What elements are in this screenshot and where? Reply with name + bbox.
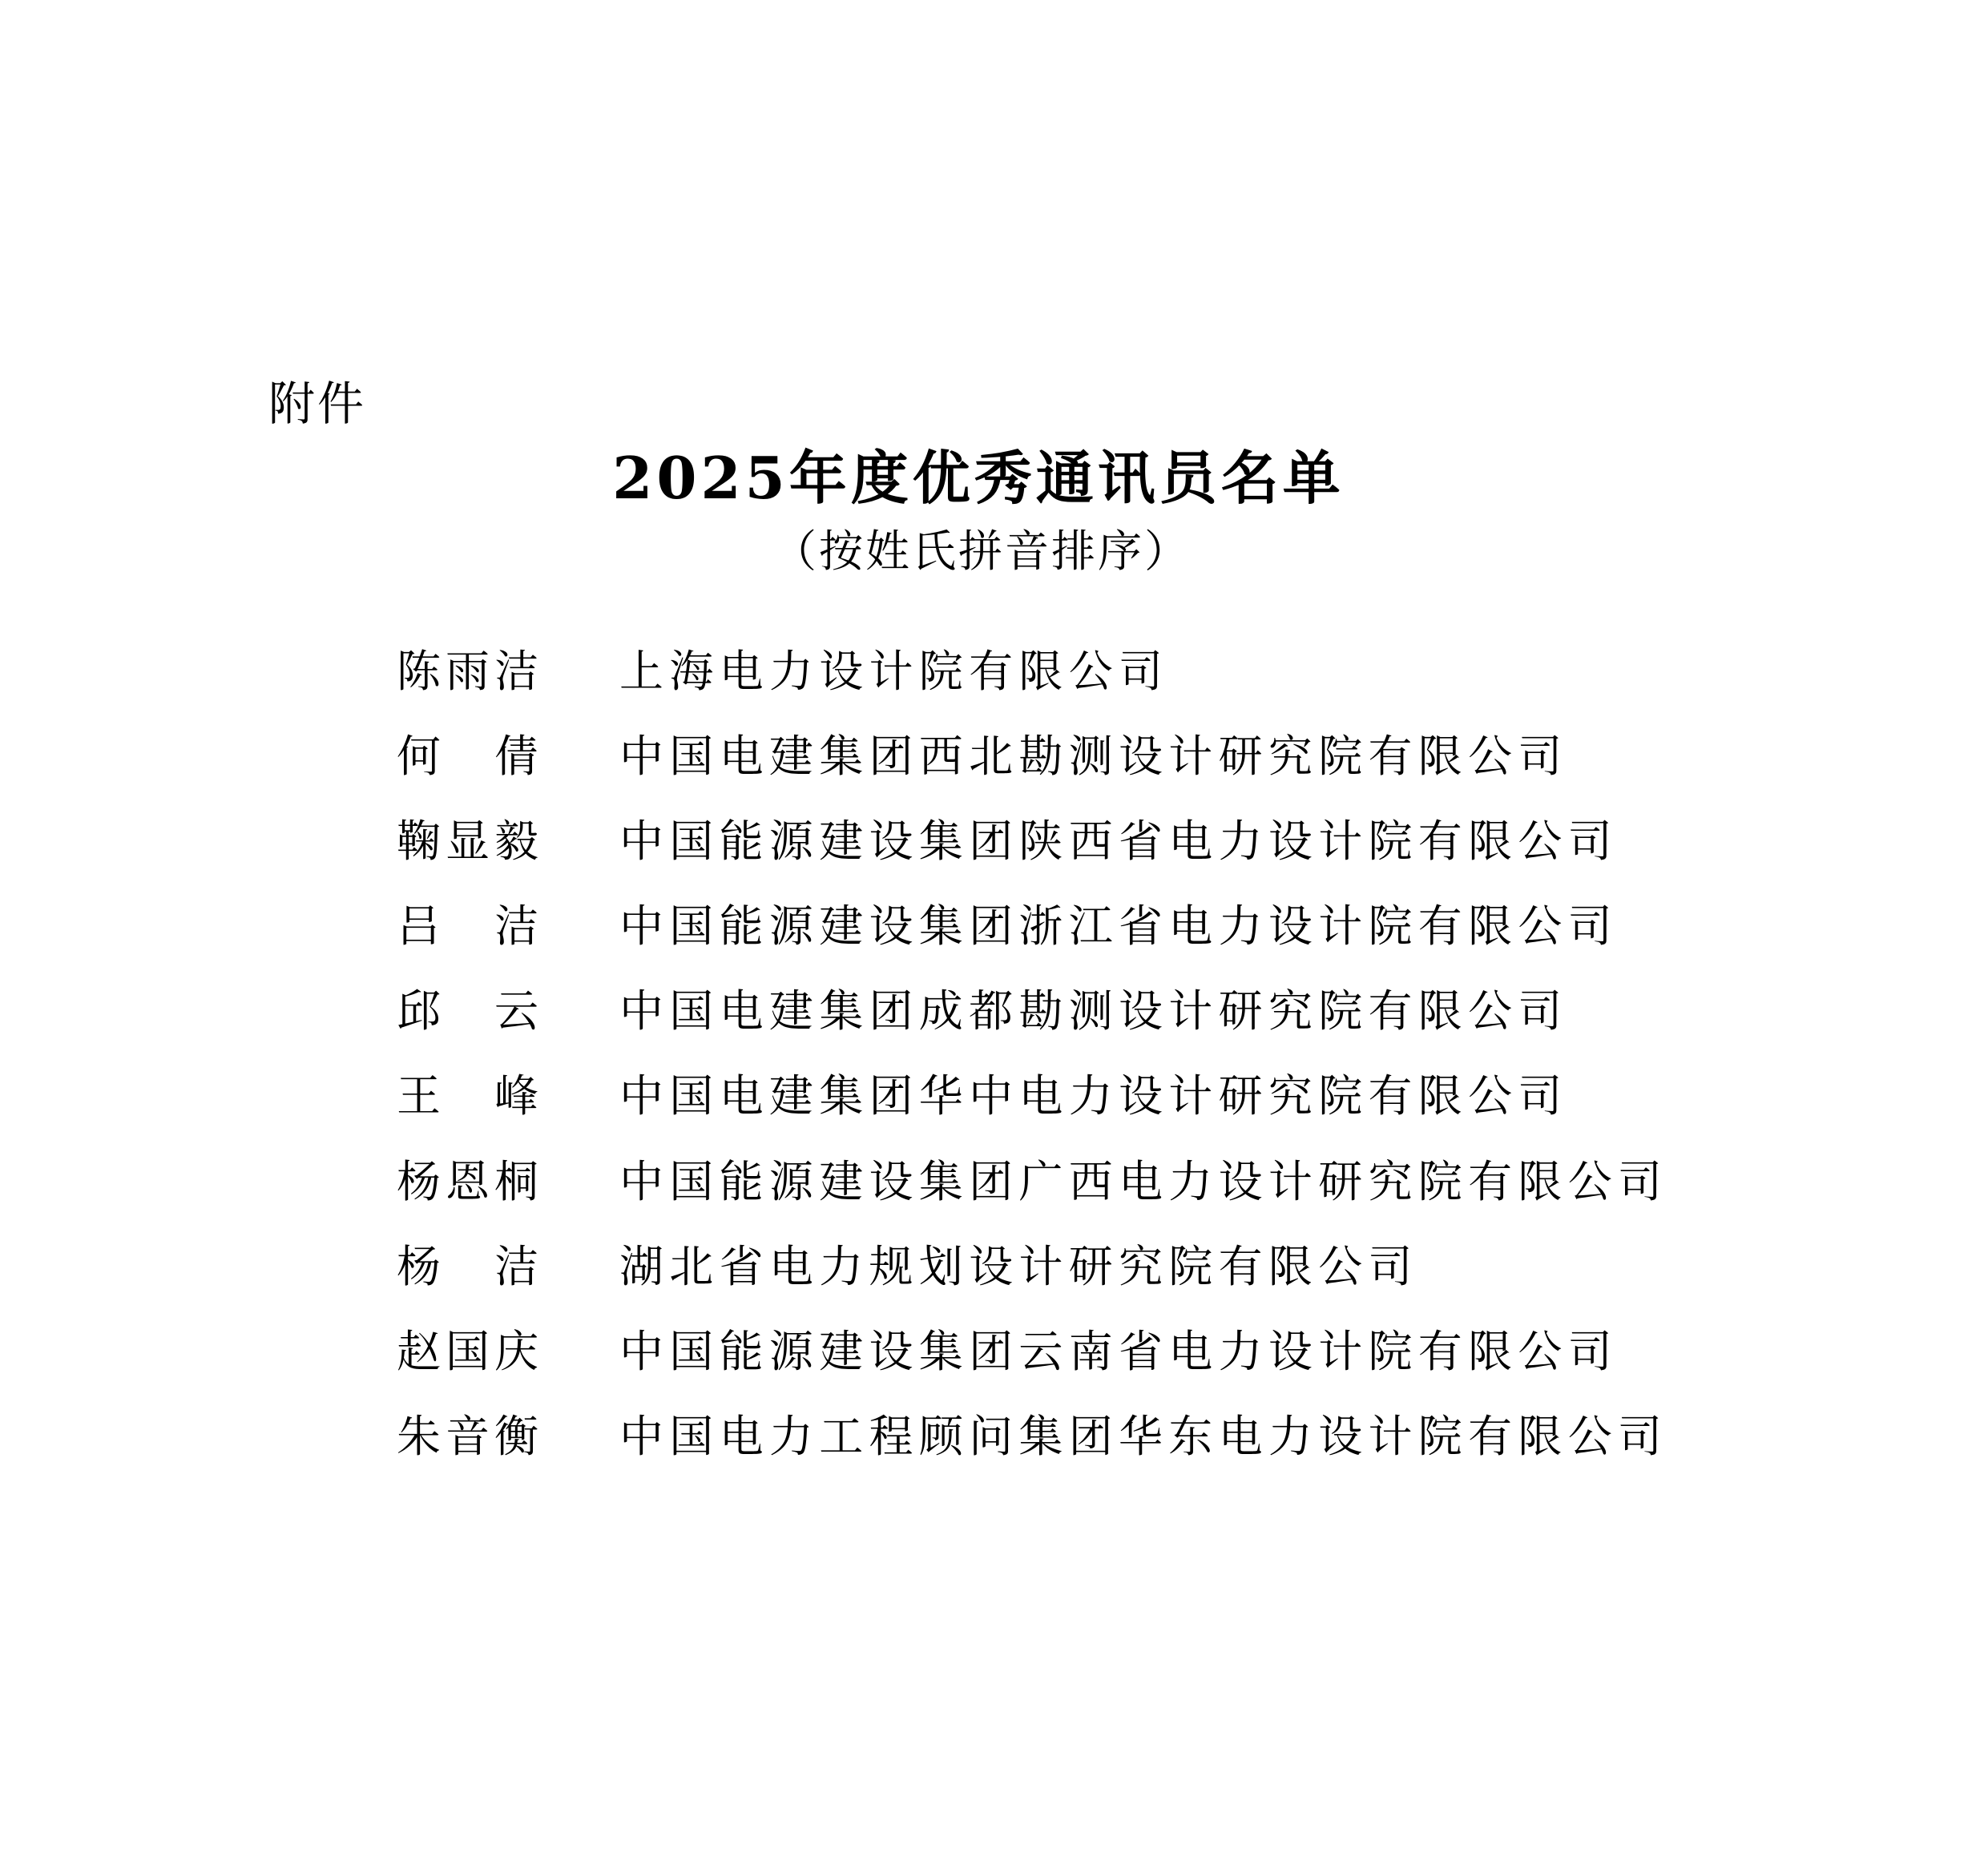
list-item: 鞠 显 毅 中国能源建设集团陕西省电力设计院有限公司 <box>397 811 1759 896</box>
list-item: 杨 恩 桐 中国能源建设集团广西电力设计研究院有限公司 <box>397 1151 1759 1236</box>
name-char: 衡 <box>494 1406 543 1467</box>
organization-name: 中国能源建设集团云南省电力设计院有限公司 <box>619 1321 1618 1382</box>
page-subtitle: （按姓氏拼音排序） <box>0 521 1963 582</box>
organization-name: 中国能源建设集团浙江省电力设计院有限公司 <box>619 896 1618 957</box>
organization-name: 中国电力工程顾问集团华东电力设计院有限公司 <box>619 1406 1667 1467</box>
name-char: 杨 <box>397 1151 446 1212</box>
organization-name: 中国能源建设集团陕西省电力设计院有限公司 <box>619 811 1618 872</box>
name-char: 恩 <box>446 1151 494 1212</box>
name-char: 显 <box>446 811 494 872</box>
list-item: 陈 雨 洁 上海电力设计院有限公司 <box>397 641 1759 726</box>
organization-name: 湖北省电力规划设计研究院有限公司 <box>619 1236 1418 1297</box>
list-item: 赵 国 庆 中国能源建设集团云南省电力设计院有限公司 <box>397 1321 1759 1406</box>
name-char: 邱 <box>397 981 446 1041</box>
name-char: 峰 <box>494 1065 543 1126</box>
name-char: 朱 <box>397 1406 446 1467</box>
name-char: 陈 <box>397 641 446 702</box>
roster-list: 陈 雨 洁 上海电力设计院有限公司 何 倩 中国电建集团西北勘测设计研究院有限公… <box>397 641 1759 1491</box>
name-char: 洁 <box>494 1236 543 1297</box>
name-char: 何 <box>397 726 446 787</box>
name-char: 云 <box>494 981 543 1041</box>
list-item: 王 峰 中国电建集团华中电力设计研究院有限公司 <box>397 1065 1759 1150</box>
name-char: 杨 <box>397 1236 446 1297</box>
person-name: 何 倩 <box>397 726 549 787</box>
person-name: 赵 国 庆 <box>397 1321 549 1382</box>
list-item: 吕 洁 中国能源建设集团浙江省电力设计院有限公司 <box>397 896 1759 981</box>
person-name: 陈 雨 洁 <box>397 641 549 702</box>
list-item: 朱 音 衡 中国电力工程顾问集团华东电力设计院有限公司 <box>397 1406 1759 1491</box>
name-char: 赵 <box>397 1321 446 1382</box>
organization-name: 上海电力设计院有限公司 <box>619 641 1168 702</box>
person-name: 杨 恩 桐 <box>397 1151 549 1212</box>
name-char: 倩 <box>494 726 543 787</box>
person-name: 鞠 显 毅 <box>397 811 549 872</box>
name-char: 桐 <box>494 1151 543 1212</box>
name-char: 吕 <box>397 896 446 957</box>
name-char: 国 <box>446 1321 494 1382</box>
attachment-label: 附件 <box>268 373 366 434</box>
list-item: 邱 云 中国电建集团成都勘测设计研究院有限公司 <box>397 981 1759 1065</box>
name-char: 音 <box>446 1406 494 1467</box>
person-name: 邱 云 <box>397 981 549 1041</box>
person-name: 王 峰 <box>397 1065 549 1126</box>
page-title: 2025年度优秀通讯员名单 <box>0 442 1957 514</box>
person-name: 朱 音 衡 <box>397 1406 549 1467</box>
person-name: 吕 洁 <box>397 896 549 957</box>
organization-name: 中国电建集团成都勘测设计研究院有限公司 <box>619 981 1568 1041</box>
name-char: 王 <box>397 1065 446 1126</box>
name-char: 洁 <box>494 641 543 702</box>
list-item: 何 倩 中国电建集团西北勘测设计研究院有限公司 <box>397 726 1759 811</box>
name-char: 洁 <box>494 896 543 957</box>
organization-name: 中国电建集团西北勘测设计研究院有限公司 <box>619 726 1568 787</box>
name-char: 庆 <box>494 1321 543 1382</box>
person-name: 杨 洁 <box>397 1236 549 1297</box>
organization-name: 中国电建集团华中电力设计研究院有限公司 <box>619 1065 1568 1126</box>
organization-name: 中国能源建设集团广西电力设计研究院有限公司 <box>619 1151 1667 1212</box>
document-page: 附件 2025年度优秀通讯员名单 （按姓氏拼音排序） 陈 雨 洁 上海电力设计院… <box>0 0 1988 1869</box>
name-char: 毅 <box>494 811 543 872</box>
name-char: 鞠 <box>397 811 446 872</box>
list-item: 杨 洁 湖北省电力规划设计研究院有限公司 <box>397 1236 1759 1321</box>
name-char: 雨 <box>446 641 494 702</box>
